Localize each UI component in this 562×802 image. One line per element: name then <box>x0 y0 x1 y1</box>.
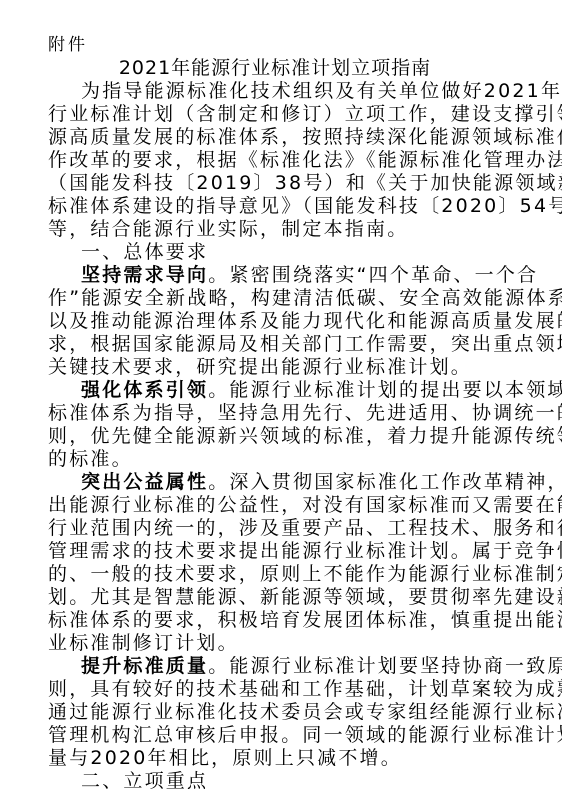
paragraph-line: 则，具有较好的技术基础和工作基础，计划草案较为成熟， <box>48 678 494 701</box>
paragraph-standard-quality: 提升标准质量。能源行业标准计划要坚持协商一致原 则，具有较好的技术基础和工作基础… <box>48 655 494 770</box>
section-heading-project-priorities: 二、立项重点 <box>48 770 494 793</box>
paragraph-line: 标准体系的要求，积极培育发展团体标准，慎重提出能源行 <box>48 609 494 632</box>
paragraph-keyword: 突出公益属性 <box>81 471 208 493</box>
paragraph-line: 标准体系为指导，坚持急用先行、先进适用、协调统一的原 <box>48 402 494 425</box>
paragraph-public-welfare: 突出公益属性。深入贯彻国家标准化工作改革精神，突 出能源行业标准的公益性，对没有… <box>48 471 494 655</box>
paragraph-line: 求，根据国家能源局及相关部门工作需要，突出重点领域和 <box>48 333 494 356</box>
intro-line: 作改革的要求，根据《标准化法》《能源标准化管理办法》 <box>48 149 494 172</box>
paragraph-first-line: 坚持需求导向。紧密围绕落实“四个革命、一个合 <box>48 264 494 287</box>
intro-line: 源高质量发展的标准体系，按照持续深化能源领域标准化工 <box>48 126 494 149</box>
paragraph-line: 关键技术要求，研究提出能源行业标准计划。 <box>48 356 494 379</box>
intro-line: 等，结合能源行业实际，制定本指南。 <box>48 218 494 241</box>
paragraph-line: 管理需求的技术要求提出能源行业标准计划。属于竞争性 <box>48 540 494 563</box>
intro-paragraph: 为指导能源标准化技术组织及有关单位做好2021年能源 行业标准计划（含制定和修订… <box>48 80 494 241</box>
paragraph-keyword: 坚持需求导向 <box>81 264 208 286</box>
paragraph-text: 。深入贯彻国家标准化工作改革精神，突 <box>208 471 562 493</box>
paragraph-text: 。紧密围绕落实“四个革命、一个合 <box>208 264 538 286</box>
paragraph-line: 划。尤其是智慧能源、新能源等领域，要贯彻率先建设新型 <box>48 586 494 609</box>
document-page: 附件 2021年能源行业标准计划立项指南 为指导能源标准化技术组织及有关单位做好… <box>48 34 494 793</box>
paragraph-text: 。能源行业标准计划的提出要以本领域的 <box>208 379 562 401</box>
paragraph-line: 则，优先健全能源新兴领域的标准，着力提升能源传统领域 <box>48 425 494 448</box>
document-title: 2021年能源行业标准计划立项指南 <box>48 57 494 80</box>
paragraph-first-line: 提升标准质量。能源行业标准计划要坚持协商一致原 <box>48 655 494 678</box>
paragraph-first-line: 突出公益属性。深入贯彻国家标准化工作改革精神，突 <box>48 471 494 494</box>
attachment-label: 附件 <box>48 34 494 57</box>
paragraph-demand-orientation: 坚持需求导向。紧密围绕落实“四个革命、一个合 作”能源安全新战略，构建清洁低碳、… <box>48 264 494 379</box>
paragraph-first-line: 强化体系引领。能源行业标准计划的提出要以本领域的 <box>48 379 494 402</box>
paragraph-line: 的标准。 <box>48 448 494 471</box>
paragraph-line: 管理机构汇总审核后申报。同一领域的能源行业标准计划数 <box>48 724 494 747</box>
paragraph-keyword: 强化体系引领 <box>81 379 208 401</box>
intro-line: 行业标准计划（含制定和修订）立项工作，建设支撑引领能 <box>48 103 494 126</box>
paragraph-text: 。能源行业标准计划要坚持协商一致原 <box>208 655 562 677</box>
paragraph-line: 的、一般的技术要求，原则上不能作为能源行业标准制定计 <box>48 563 494 586</box>
intro-line: （国能发科技〔2019〕38号）和《关于加快能源领域新型 <box>48 172 494 195</box>
paragraph-line: 行业范围内统一的，涉及重要产品、工程技术、服务和行业 <box>48 517 494 540</box>
paragraph-line: 出能源行业标准的公益性，对没有国家标准而又需要在能源 <box>48 494 494 517</box>
intro-line: 标准体系建设的指导意见》（国能发科技〔2020〕54号） <box>48 195 494 218</box>
section-heading-overall-requirements: 一、总体要求 <box>48 241 494 264</box>
paragraph-line: 业标准制修订计划。 <box>48 632 494 655</box>
paragraph-line: 通过能源行业标准化技术委员会或专家组经能源行业标准化 <box>48 701 494 724</box>
paragraph-line: 以及推动能源治理体系及能力现代化和能源高质量发展的需 <box>48 310 494 333</box>
paragraph-line: 作”能源安全新战略，构建清洁低碳、安全高效能源体系， <box>48 287 494 310</box>
intro-line: 为指导能源标准化技术组织及有关单位做好2021年能源 <box>48 80 494 103</box>
paragraph-line: 量与2020年相比，原则上只减不增。 <box>48 747 494 770</box>
paragraph-keyword: 提升标准质量 <box>81 655 208 677</box>
paragraph-system-guidance: 强化体系引领。能源行业标准计划的提出要以本领域的 标准体系为指导，坚持急用先行、… <box>48 379 494 471</box>
